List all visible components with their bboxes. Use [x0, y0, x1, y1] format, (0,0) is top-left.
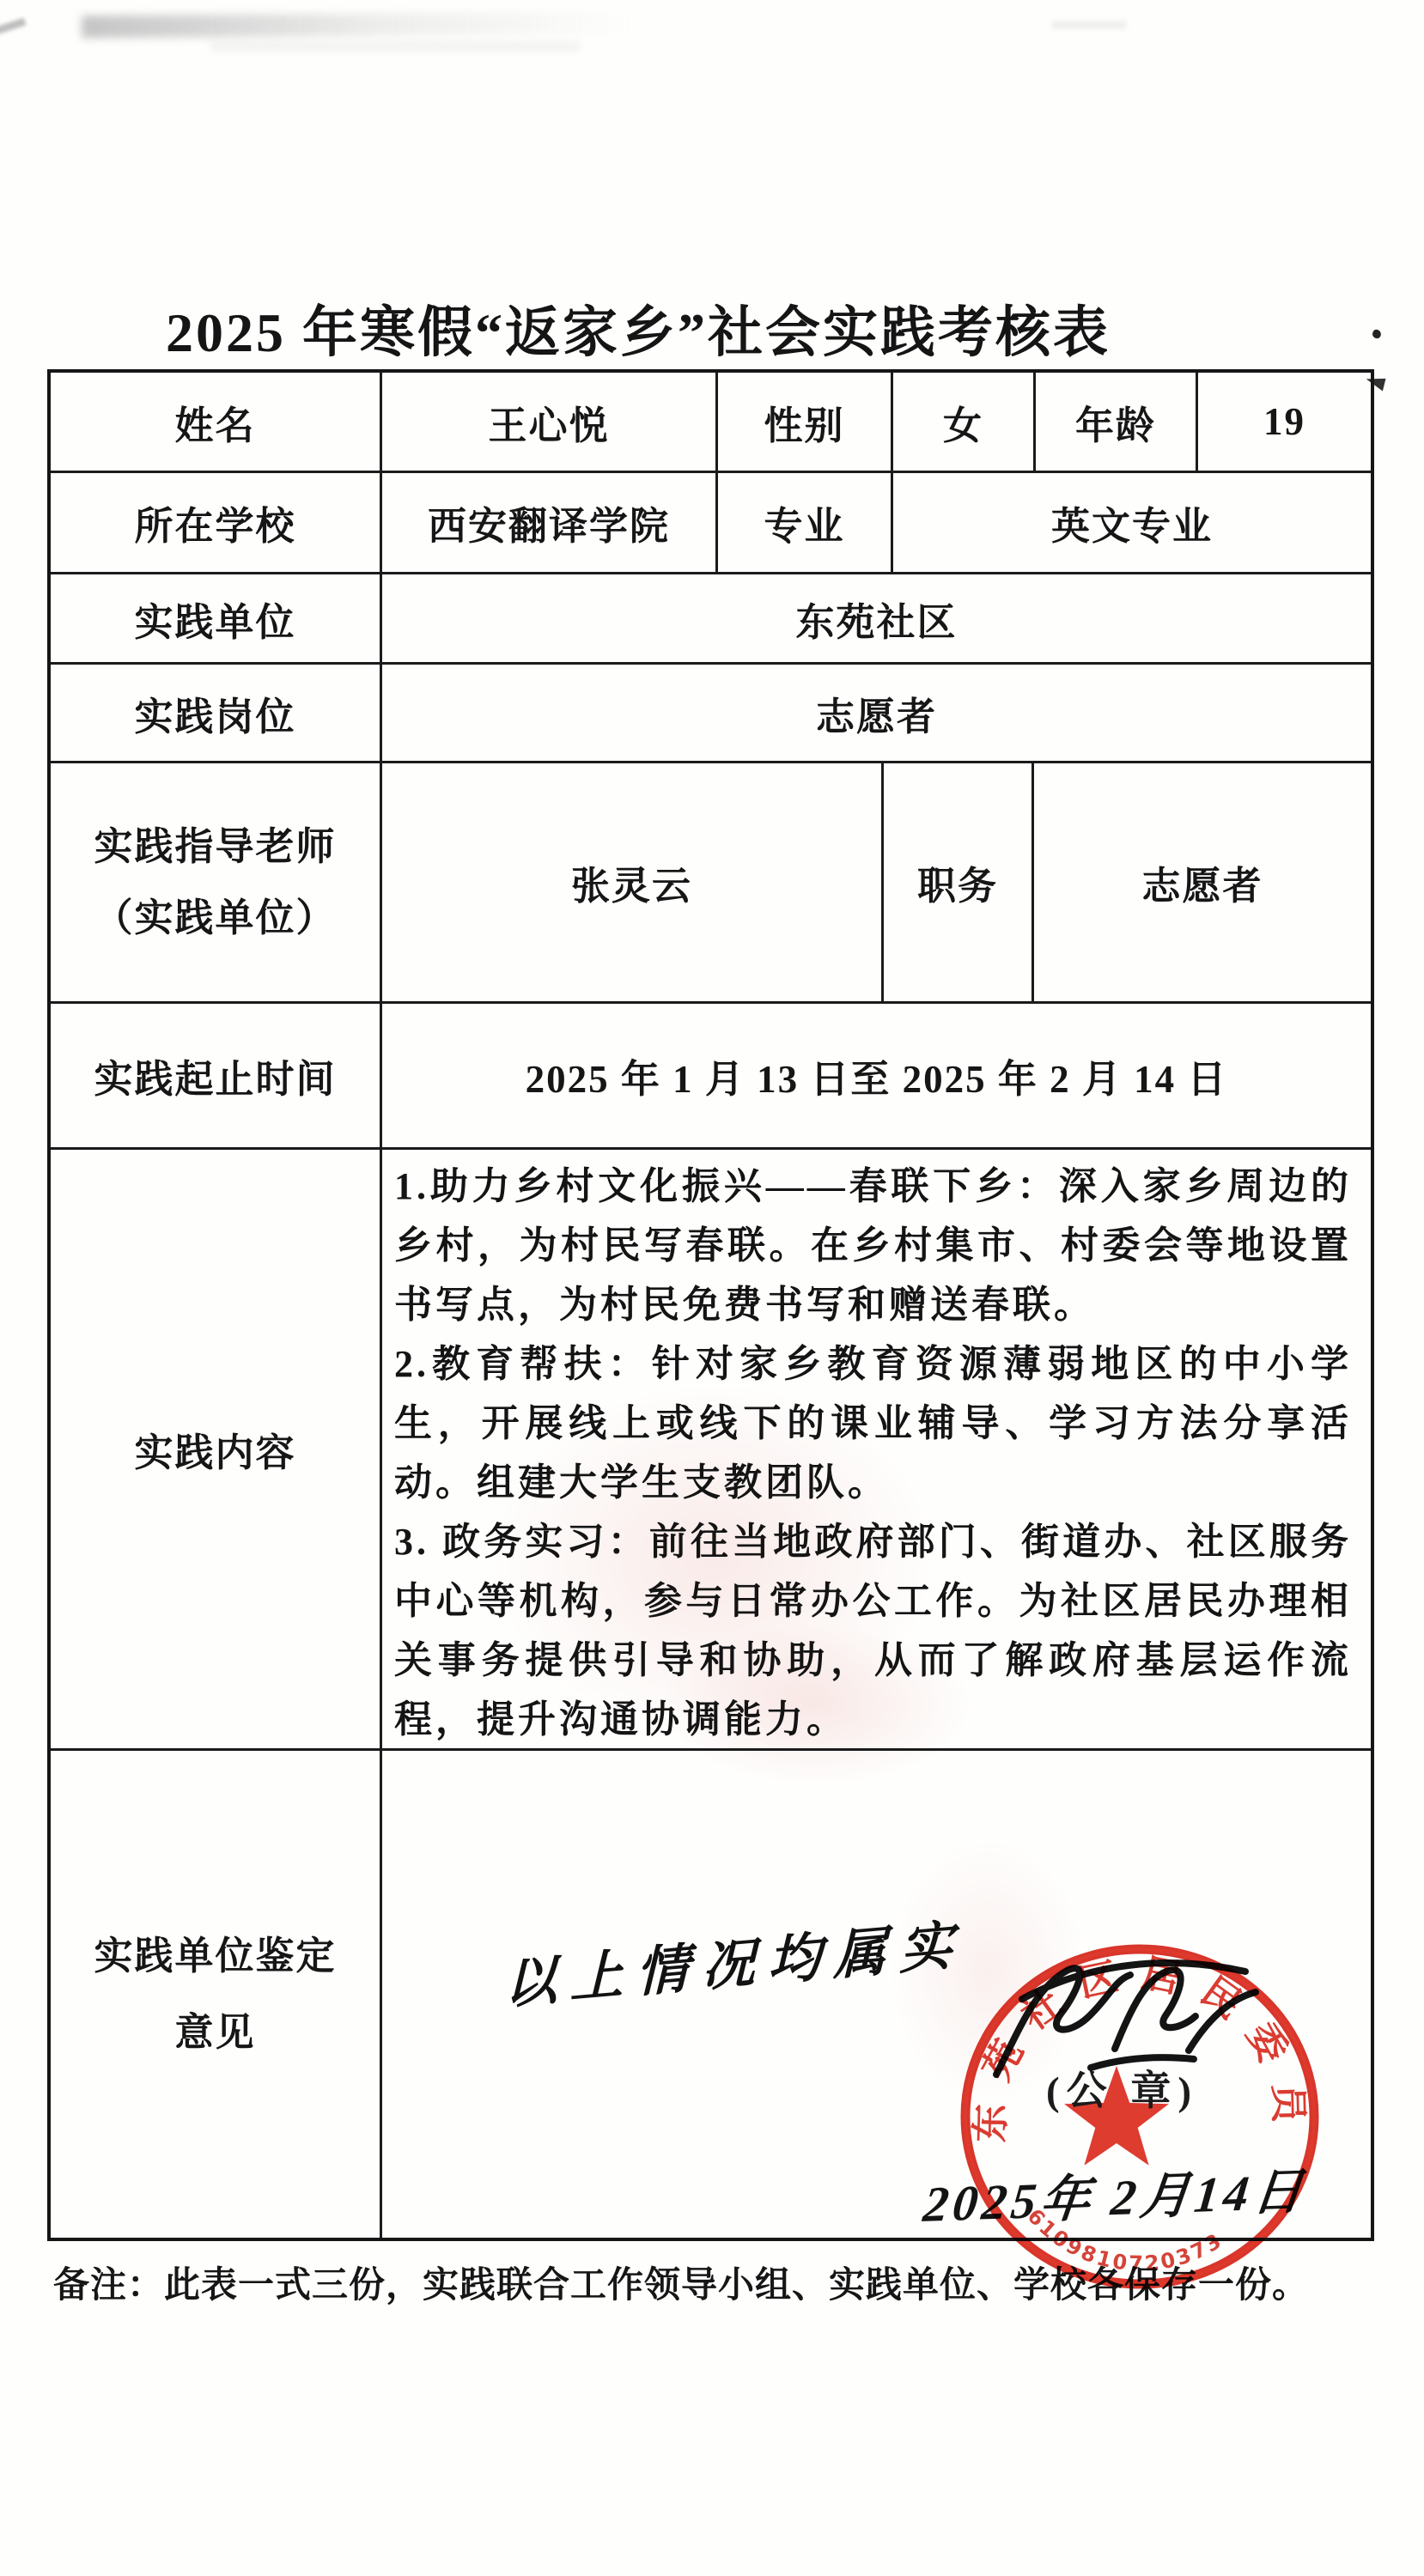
- practice-content-paragraph: 3. 政务实习：前往当地政府部门、街道办、社区服务中心等机构，参与日常办公工作。…: [394, 1512, 1352, 1749]
- advisor-label: 实践指导老师 （实践单位）: [51, 763, 382, 1001]
- table-row: 所在学校 西安翻译学院 专业 英文专业: [51, 473, 1371, 574]
- age-value: 19: [1198, 373, 1371, 471]
- period-label: 实践起止时间: [51, 1004, 382, 1147]
- advisor-label-line1: 实践指导老师: [94, 828, 336, 866]
- advisor-label-line2: （实践单位）: [94, 899, 336, 938]
- title-dot-artifact: [1371, 328, 1382, 339]
- major-value: 英文专业: [893, 473, 1371, 572]
- table-row: 姓名 王心悦 性别 女 年龄 19: [51, 373, 1371, 473]
- page-title: 2025 年寒假“返家乡”社会实践考核表: [166, 289, 1111, 368]
- appraisal-label-line1: 实践单位鉴定: [94, 1937, 336, 1976]
- practice-content-paragraph: 2.教育帮扶：针对家乡教育资源薄弱地区的中小学生，开展线上或线下的课业辅导、学习…: [394, 1334, 1352, 1512]
- scanned-form-page: 2025 年寒假“返家乡”社会实践考核表 姓名 王心悦 性别 女 年龄 19 所…: [0, 0, 1424, 2576]
- signature-scribble: [986, 1946, 1275, 2093]
- school-label: 所在学校: [51, 473, 382, 572]
- duty-label: 职务: [884, 763, 1034, 1001]
- table-row: 实践内容 1.助力乡村文化振兴——春联下乡：深入家乡周边的乡村，为村民写春联。在…: [51, 1150, 1371, 1751]
- practice-content-paragraph: 1.助力乡村文化振兴——春联下乡：深入家乡周边的乡村，为村民写春联。在乡村集市、…: [394, 1157, 1352, 1334]
- school-value: 西安翻译学院: [382, 473, 718, 572]
- practice-post-label: 实践岗位: [51, 665, 382, 761]
- practice-post-value: 志愿者: [382, 665, 1371, 761]
- period-value: 2025 年 1 月 13 日至 2025 年 2 月 14 日: [382, 1004, 1371, 1147]
- scan-smudge: [82, 12, 631, 38]
- gender-label: 性别: [718, 373, 893, 471]
- name-value: 王心悦: [382, 373, 718, 471]
- scan-smudge: [210, 41, 580, 52]
- appraisal-label: 实践单位鉴定 意见: [51, 1751, 382, 2238]
- table-row: 实践指导老师 （实践单位） 张灵云 职务 志愿者: [51, 763, 1371, 1004]
- appraisal-label-line2: 意见: [174, 2014, 255, 2052]
- practice-content-text: 1.助力乡村文化振兴——春联下乡：深入家乡周边的乡村，为村民写春联。在乡村集市、…: [382, 1150, 1371, 1748]
- scan-corner-mark: [0, 18, 27, 35]
- table-row: 实践岗位 志愿者: [51, 665, 1371, 763]
- duty-value: 志愿者: [1034, 763, 1371, 1001]
- major-label: 专业: [718, 473, 893, 572]
- age-label: 年龄: [1036, 373, 1198, 471]
- gender-value: 女: [893, 373, 1036, 471]
- practice-unit-value: 东苑社区: [382, 574, 1371, 662]
- practice-unit-label: 实践单位: [51, 574, 382, 662]
- table-row: 实践单位 东苑社区: [51, 574, 1371, 665]
- scan-speck: [1052, 21, 1126, 29]
- advisor-value: 张灵云: [382, 763, 884, 1001]
- table-row: 实践起止时间 2025 年 1 月 13 日至 2025 年 2 月 14 日: [51, 1004, 1371, 1150]
- stamp-date-handwriting: 2025年 2月14日: [921, 2150, 1311, 2236]
- name-label: 姓名: [51, 373, 382, 471]
- practice-content-label: 实践内容: [51, 1150, 382, 1748]
